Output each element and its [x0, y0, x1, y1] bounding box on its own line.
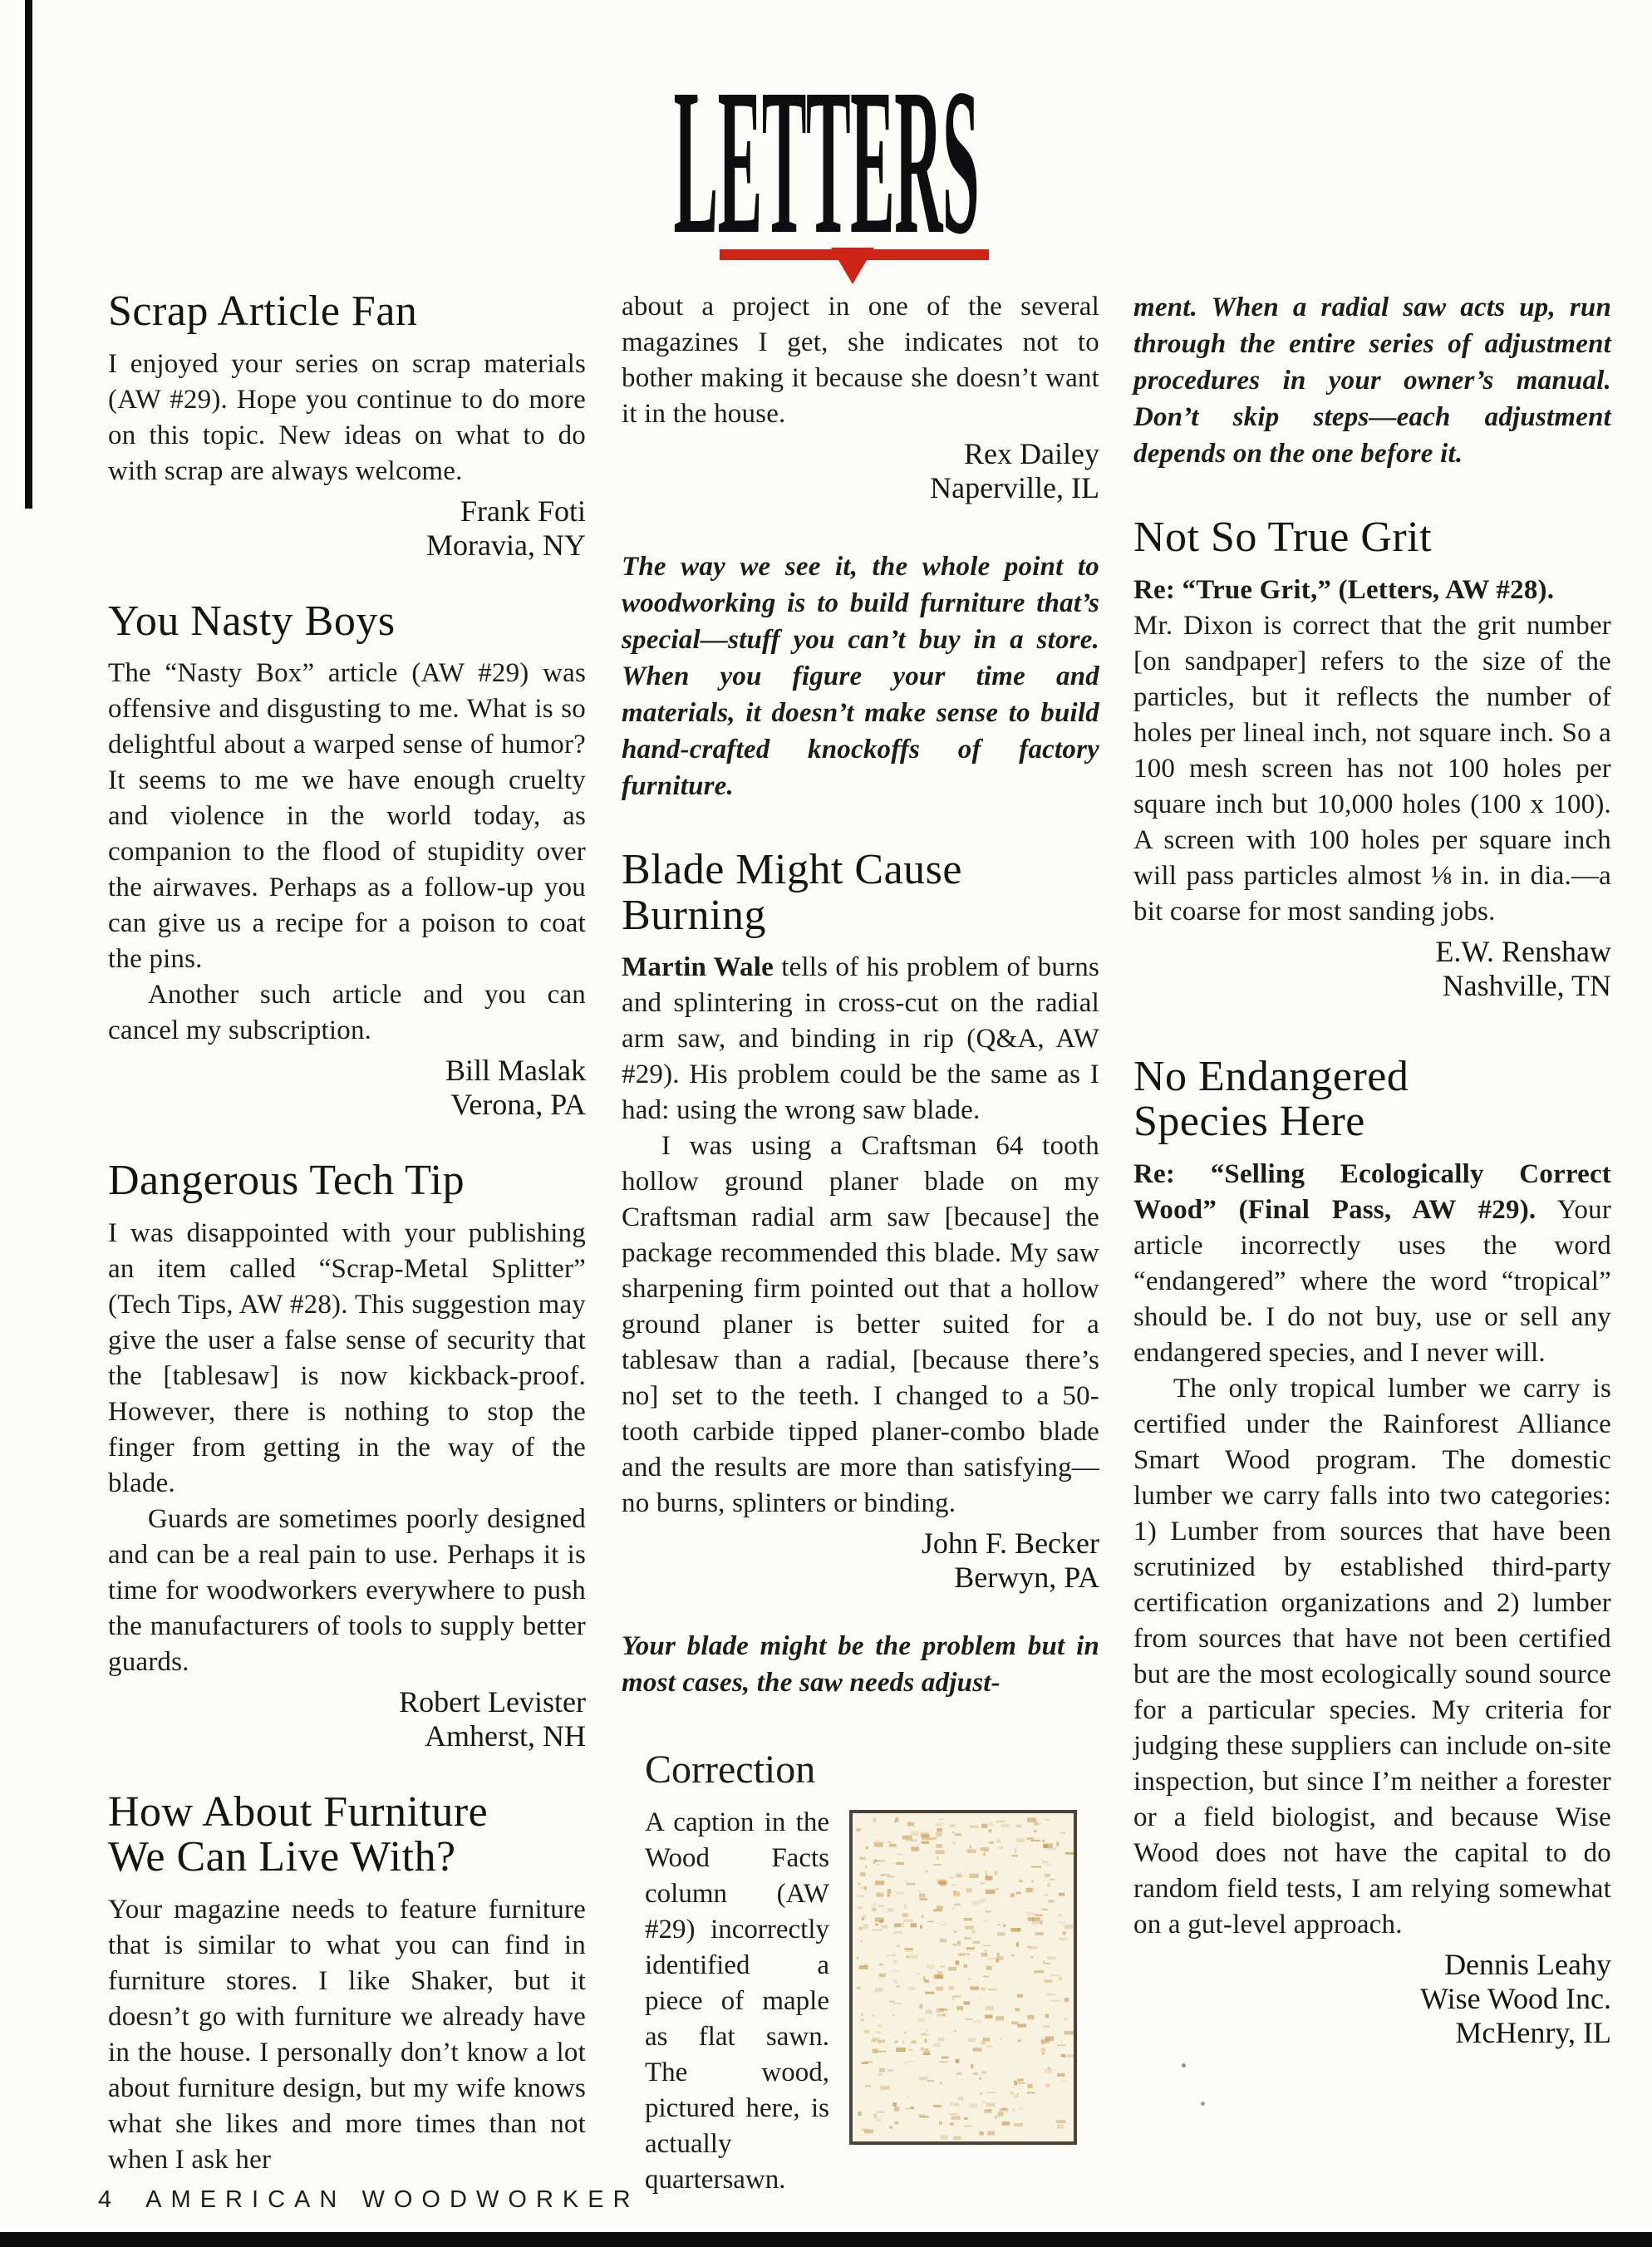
letter-no-endangered-species: No Endangered Species Here Re: “Selling … [1133, 1055, 1611, 2050]
signature-place: Moravia, NY [108, 529, 586, 563]
signature-place: McHenry, IL [1133, 2016, 1611, 2050]
letter-heading: Not So True Grit [1133, 515, 1611, 561]
letter-signature: Rex Dailey Naperville, IL [622, 437, 1099, 505]
column-center: about a project in one of the several ma… [622, 289, 1099, 2198]
letter-signature: John F. Becker Berwyn, PA [622, 1527, 1099, 1595]
letter-paragraph: Your magazine needs to feature furniture… [108, 1892, 586, 2178]
signature-place: Verona, PA [108, 1088, 586, 1122]
editor-reply: Your blade might be the problem but in m… [622, 1628, 1099, 1701]
letter-signature: Dennis Leahy Wise Wood Inc. McHenry, IL [1133, 1948, 1611, 2050]
page-footer: 4AMERICAN WOODWORKER [98, 2186, 640, 2214]
signature-name: Bill Maslak [108, 1054, 586, 1088]
signature-name: Dennis Leahy [1133, 1948, 1611, 1982]
letter-dangerous-tech-tip: Dangerous Tech Tip I was disappointed wi… [108, 1158, 586, 1753]
letter-not-so-true-grit: Not So True Grit Re: “True Grit,” (Lette… [1133, 515, 1611, 1003]
magazine-page: LETTERS Scrap Article Fan I enjoyed your… [0, 0, 1652, 2247]
arrow-down-icon [831, 248, 874, 284]
letter-signature: E.W. Renshaw Nashville, TN [1133, 935, 1611, 1003]
letter-heading: How About Furniture We Can Live With? [108, 1790, 586, 1881]
letter-heading: Scrap Article Fan [108, 289, 586, 335]
signature-place: Naperville, IL [622, 471, 1099, 505]
signature-name: Rex Dailey [622, 437, 1099, 471]
letter-paragraph: Guards are sometimes poorly designed and… [108, 1502, 586, 1680]
correction-box: Correction A caption in the Wood Facts c… [645, 1749, 1077, 2197]
letter-paragraph: I was disappointed with your publishing … [108, 1216, 586, 1502]
signature-place: Nashville, TN [1133, 969, 1611, 1003]
column-left: Scrap Article Fan I enjoyed your series … [108, 289, 586, 2215]
editor-reply: The way we see it, the whole point to wo… [622, 548, 1099, 804]
editor-reply: ment. When a radial saw acts up, run thr… [1133, 289, 1611, 472]
signature-name: John F. Becker [622, 1527, 1099, 1561]
column-right: ment. When a radial saw acts up, run thr… [1133, 289, 1611, 2050]
scan-speck [1201, 2102, 1205, 2106]
letter-you-nasty-boys: You Nasty Boys The “Nasty Box” article (… [108, 599, 586, 1123]
letter-paragraph: Martin Wale tells of his problem of burn… [622, 950, 1099, 1128]
signature-place: Amherst, NH [108, 1719, 586, 1753]
heading-line: We Can Live With? [108, 1835, 586, 1881]
correction-heading: Correction [645, 1749, 1077, 1791]
letter-furniture-continued: about a project in one of the several ma… [622, 289, 1099, 505]
letter-blade-might-cause-burning: Blade Might Cause Burning Martin Wale te… [622, 848, 1099, 1595]
signature-company: Wise Wood Inc. [1133, 1982, 1611, 2016]
letter-signature: Robert Levister Amherst, NH [108, 1685, 586, 1753]
letter-heading: Dangerous Tech Tip [108, 1158, 586, 1204]
footer-page-number: 4 [98, 2186, 120, 2213]
heading-line: Species Here [1133, 1099, 1611, 1145]
signature-name: Frank Foti [108, 494, 586, 529]
masthead: LETTERS [0, 80, 1652, 296]
letter-reference: Re: “True Grit,” (Letters, AW #28). [1133, 573, 1611, 608]
letter-paragraph: The only tropical lumber we carry is cer… [1133, 1371, 1611, 1943]
letter-how-about-furniture: How About Furniture We Can Live With? Yo… [108, 1790, 586, 2178]
letter-heading: You Nasty Boys [108, 599, 586, 645]
letter-paragraph: The “Nasty Box” article (AW #29) was off… [108, 656, 586, 977]
letter-paragraph: I enjoyed your series on scrap materials… [108, 347, 586, 489]
letter-lead-name: Martin Wale [622, 952, 774, 982]
letter-scrap-article-fan: Scrap Article Fan I enjoyed your series … [108, 289, 586, 563]
signature-name: E.W. Renshaw [1133, 935, 1611, 969]
signature-place: Berwyn, PA [622, 1561, 1099, 1595]
letter-heading: No Endangered Species Here [1133, 1055, 1611, 1145]
heading-line: How About Furniture [108, 1790, 586, 1836]
scan-bottom-bar [0, 2232, 1652, 2247]
letter-paragraph: Another such article and you can cancel … [108, 977, 586, 1049]
page-title: LETTERS [673, 80, 979, 243]
signature-name: Robert Levister [108, 1685, 586, 1719]
letter-paragraph: about a project in one of the several ma… [622, 289, 1099, 432]
letter-heading: Blade Might Cause Burning [622, 848, 1099, 938]
letter-paragraph: I was using a Craftsman 64 tooth hollow … [622, 1128, 1099, 1522]
scan-speck [1182, 2063, 1186, 2068]
letter-signature: Frank Foti Moravia, NY [108, 494, 586, 563]
quartersawn-maple-image [849, 1810, 1077, 2145]
letter-paragraph: Mr. Dixon is correct that the grit numbe… [1133, 608, 1611, 930]
heading-line: No Endangered [1133, 1055, 1611, 1100]
wood-grain-texture [853, 1813, 1074, 2141]
footer-magazine-name: AMERICAN WOODWORKER [145, 2186, 639, 2213]
letter-paragraph: Re: “Selling Ecologically Correct Wood” … [1133, 1157, 1611, 1371]
letter-signature: Bill Maslak Verona, PA [108, 1054, 586, 1122]
